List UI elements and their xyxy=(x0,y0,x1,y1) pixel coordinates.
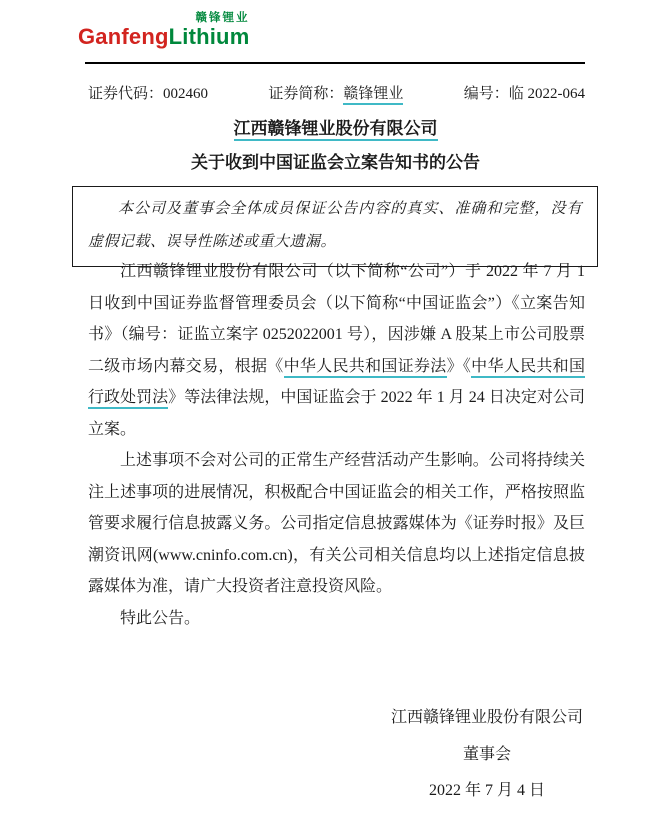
securities-short-name-value: 赣锋锂业 xyxy=(343,86,403,105)
announcement-document: 赣锋锂业 GanfengLithium 证券代码：002460 证券简称：赣锋锂… xyxy=(0,0,671,815)
title-company-name: 江西赣锋锂业股份有限公司 xyxy=(0,119,671,139)
company-logo: 赣锋锂业 GanfengLithium xyxy=(78,12,249,49)
law-securities-law: 中华人民共和国证券法 xyxy=(284,358,447,378)
paragraph-closing: 特此公告。 xyxy=(88,603,585,635)
securities-info-row: 证券代码：002460 证券简称：赣锋锂业 编号：临 2022-064 xyxy=(88,84,585,104)
announcement-number: 编号：临 2022-064 xyxy=(464,84,585,104)
securities-short-name: 证券简称：赣锋锂业 xyxy=(268,84,403,104)
title-subject: 关于收到中国证监会立案告知书的公告 xyxy=(0,153,671,173)
announcement-body: 江西赣锋锂业股份有限公司（以下简称“公司”）于 2022 年 7 月 1 日收到… xyxy=(88,256,585,634)
logo-ganfeng-text: Ganfeng xyxy=(78,24,169,49)
announcement-number-label: 编号： xyxy=(464,86,509,102)
announcement-number-value: 临 2022-064 xyxy=(509,86,585,102)
securities-code-label: 证券代码： xyxy=(88,86,163,102)
disclaimer-box: 本公司及董事会全体成员保证公告内容的真实、准确和完整，没有虚假记载、误导性陈述或… xyxy=(72,186,598,267)
signature-date: 2022 年 7 月 4 日 xyxy=(391,773,583,810)
header-divider xyxy=(85,62,585,64)
paragraph-case-filing: 江西赣锋锂业股份有限公司（以下简称“公司”）于 2022 年 7 月 1 日收到… xyxy=(88,256,585,445)
document-title: 江西赣锋锂业股份有限公司 关于收到中国证监会立案告知书的公告 xyxy=(0,119,671,173)
disclaimer-text: 本公司及董事会全体成员保证公告内容的真实、准确和完整，没有虚假记载、误导性陈述或… xyxy=(88,201,582,250)
securities-short-name-label: 证券简称： xyxy=(268,86,343,102)
logo-lithium-text: Lithium xyxy=(169,24,250,49)
securities-code: 证券代码：002460 xyxy=(88,84,208,104)
paragraph-impact-statement: 上述事项不会对公司的正常生产经营活动产生影响。公司将持续关注上述事项的进展情况，… xyxy=(88,445,585,603)
signature-block: 江西赣锋锂业股份有限公司 董事会 2022 年 7 月 4 日 xyxy=(391,700,583,810)
signature-board: 董事会 xyxy=(391,737,583,774)
logo-wordmark: GanfengLithium xyxy=(78,25,249,49)
signature-company: 江西赣锋锂业股份有限公司 xyxy=(391,700,583,737)
securities-code-value: 002460 xyxy=(163,86,208,102)
